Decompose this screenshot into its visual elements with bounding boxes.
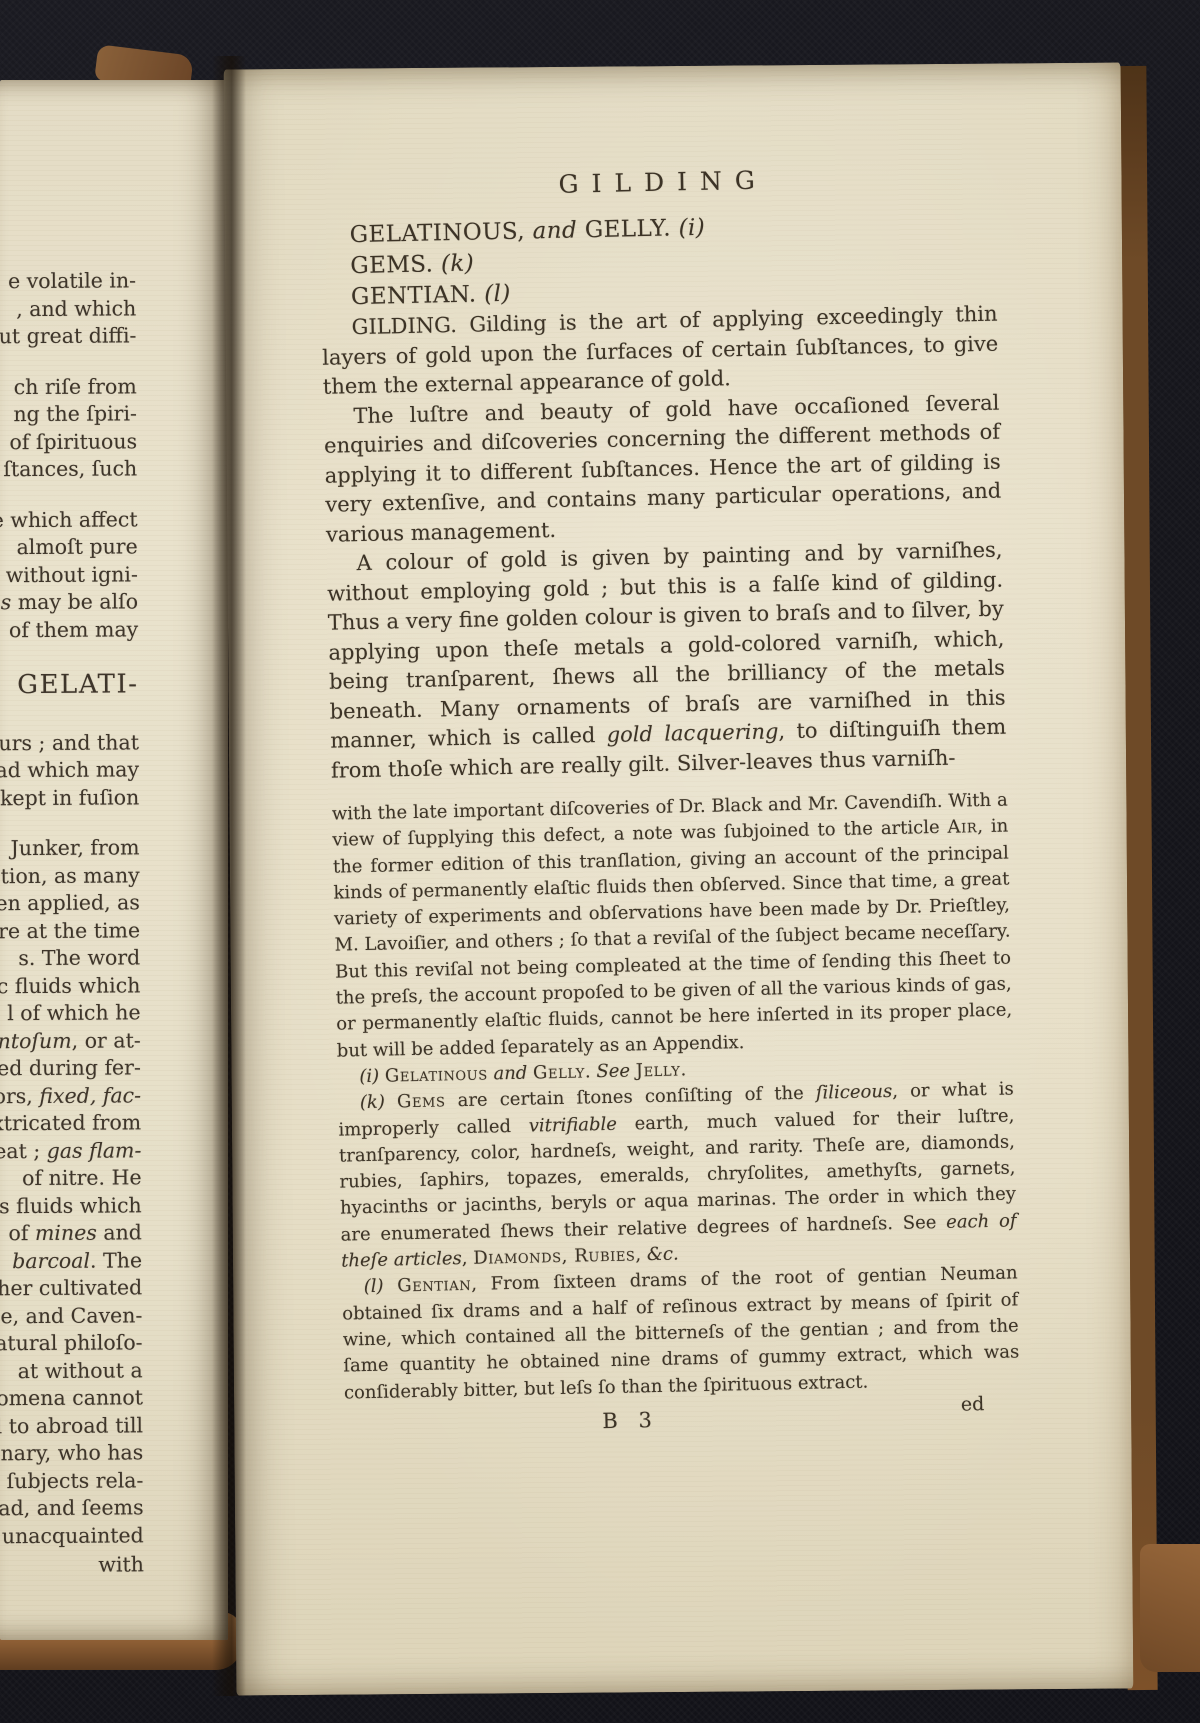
left-page-line: c fluids which — [0, 972, 140, 1001]
left-page-line: l to abroad till — [0, 1412, 143, 1441]
left-page-line: s fluids which — [0, 1192, 142, 1221]
footnotes: with the late important diſcoveries of D… — [332, 788, 1021, 1407]
left-page-line: e volatile in- — [0, 267, 136, 296]
left-page-line: , and which — [0, 295, 136, 324]
left-page-line: almoſt pure — [0, 533, 138, 562]
left-page-line: s may be alſo — [0, 588, 138, 617]
left-page-line: without igni- — [0, 561, 138, 590]
left-page-edge: e volatile in-, and whichut great diffi-… — [0, 80, 228, 1640]
left-page-line: ors, fixed, fac- — [0, 1082, 141, 1111]
left-page-line: ut great diffi- — [0, 322, 136, 351]
left-page-line: of mines and — [0, 1219, 142, 1248]
left-page-line: of them may — [0, 616, 138, 645]
body-paragraph: The luſtre and beauty of gold have occaſ… — [323, 388, 1002, 550]
left-page-line: of ſpirituous — [0, 428, 137, 457]
body-paragraph: A colour of gold is given by painting an… — [326, 536, 1007, 786]
left-page-line: ſtances, ſuch — [0, 455, 137, 484]
left-page-line: l of which he — [0, 999, 141, 1028]
left-page-line: en applied, as — [0, 889, 140, 918]
left-page-text: e volatile in-, and whichut great diffi-… — [0, 267, 144, 1550]
left-page-line: at without a — [0, 1357, 143, 1386]
signature-mark: B 3 — [292, 1401, 968, 1439]
left-page-line: ſubjects rela- — [0, 1467, 143, 1496]
book-scan-background: e volatile in-, and whichut great diffi-… — [0, 0, 1200, 1723]
running-head: GILDING — [318, 161, 994, 205]
left-page-line: ad, and ſeems — [0, 1494, 144, 1523]
left-page-catchword: with — [0, 1551, 144, 1580]
footnote-paragraph: (l) Gentian, From ſixteen drams of the r… — [342, 1261, 1021, 1407]
left-page-line: nary, who has — [0, 1439, 143, 1468]
left-page-line: Junker, from — [0, 834, 140, 863]
entry-list: GELATINOUS, and GELLY. (i)GEMS. (k)GENTI… — [319, 207, 997, 314]
left-page-line: e, and Caven- — [0, 1302, 142, 1331]
left-page-line: ng the ſpiri- — [0, 400, 137, 429]
left-page-line: GELATI- — [0, 671, 139, 700]
left-page-line: unacquainted — [0, 1522, 144, 1551]
left-page-line: atural philoſo- — [0, 1329, 143, 1358]
left-page-line: urs ; and that — [0, 729, 139, 758]
left-page-line: s. The word — [0, 944, 140, 973]
left-page-line: of nitre. He — [0, 1164, 142, 1193]
left-page-line: omena cannot — [0, 1384, 143, 1413]
left-page-line: e which affect — [0, 506, 138, 535]
left-page-line: barcoal. The — [0, 1247, 142, 1276]
body-text: GILDING. Gilding is the art of applying … — [321, 300, 1007, 786]
left-page-line: her cultivated — [0, 1274, 142, 1303]
binding-leather-bottom-right — [1140, 1544, 1200, 1672]
left-page-line: are at the time — [0, 917, 140, 946]
body-paragraph: GILDING. Gilding is the art of applying … — [321, 300, 999, 403]
left-page-line: ed during fer- — [0, 1054, 141, 1083]
left-page-line: tion, as many — [0, 862, 140, 891]
left-page-line: xtricated from — [0, 1109, 141, 1138]
left-page-line: kept in fuſion — [0, 784, 139, 813]
left-page-line: eat ; gas flam- — [0, 1137, 141, 1166]
left-page-line: ch riſe from — [0, 373, 137, 402]
catchword: ed — [961, 1393, 985, 1415]
left-page-column: e volatile in-, and whichut great diffi-… — [0, 267, 144, 1580]
page-content: GILDING GELATINOUS, and GELLY. (i)GEMS. … — [318, 161, 1021, 1451]
page-footer-row: B 3 ed — [344, 1400, 1021, 1450]
footnote-paragraph: (k) Gems are certain ſtones conſiſting o… — [338, 1077, 1018, 1275]
footnote-paragraph: with the late important diſcoveries of D… — [332, 788, 1013, 1065]
left-page-line: ad which may — [0, 756, 139, 785]
right-page: GILDING GELATINOUS, and GELLY. (i)GEMS. … — [224, 63, 1134, 1696]
left-page-line: entoſum, or at- — [0, 1027, 141, 1056]
